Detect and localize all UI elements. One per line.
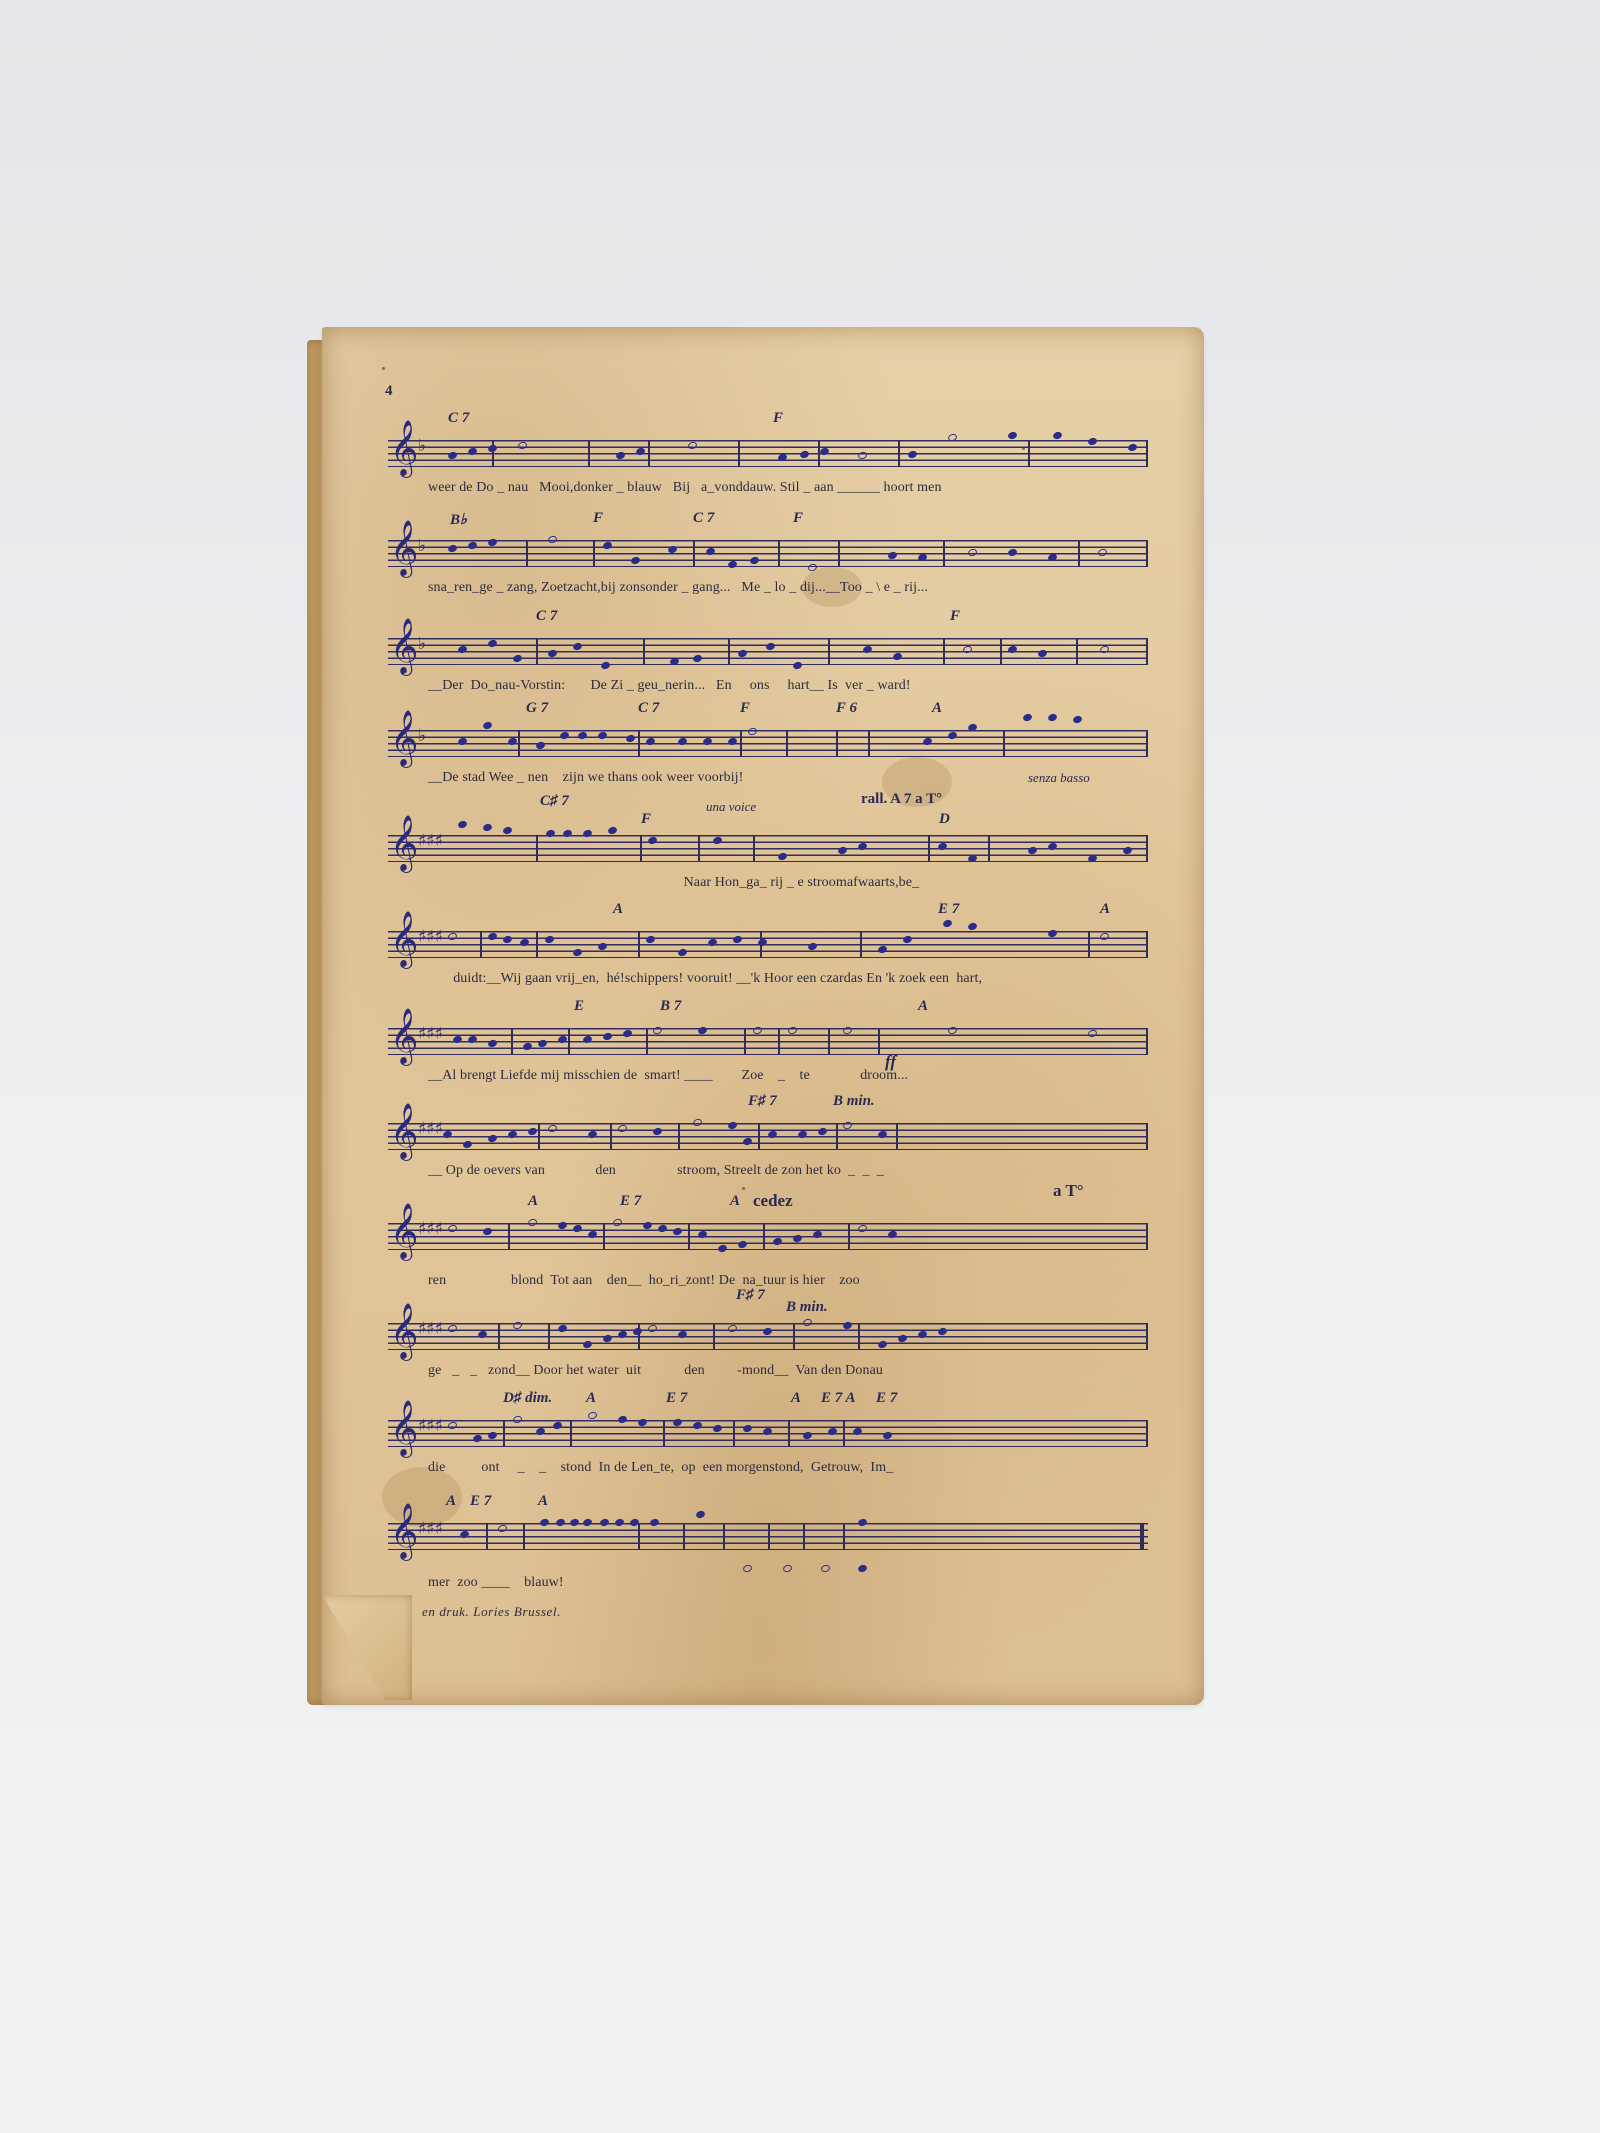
key-signature: ♯♯♯ — [418, 1319, 443, 1339]
printer-credit: en druk. Lories Brussel. — [422, 1604, 561, 1620]
chord-symbol: A — [446, 1493, 456, 1510]
lyrics-line: weer de Do _ nau Mooi,donker _ blauw Bij… — [428, 480, 1148, 496]
chord-symbol: E — [574, 998, 584, 1015]
treble-clef-icon: 𝄞 — [390, 819, 418, 867]
lyrics-line: mer zoo ____ blauw! — [428, 1575, 1148, 1591]
music-system-2: 𝄞 ♭ B♭ F C 7 F sna_ren_ge _ zang, Zoetza… — [388, 502, 1148, 602]
chord-symbol: A — [918, 998, 928, 1015]
chord-symbol: A — [538, 1493, 548, 1510]
treble-clef-icon: 𝄞 — [390, 1507, 418, 1555]
treble-clef-icon: 𝄞 — [390, 714, 418, 762]
tempo-direction: rall. A 7 a T° — [861, 791, 942, 808]
chord-symbol: B min. — [833, 1093, 875, 1110]
chord-symbol: B♭ — [450, 510, 467, 529]
chord-symbol: A — [791, 1390, 801, 1407]
treble-clef-icon: 𝄞 — [390, 1107, 418, 1155]
key-signature: ♭ — [418, 726, 426, 746]
chord-symbol: F♯ 7 — [736, 1287, 765, 1304]
chord-symbol: E 7 — [470, 1493, 491, 1510]
chord-symbol: F — [773, 410, 783, 427]
chord-symbol: E 7 — [620, 1193, 641, 1210]
chord-symbol: C 7 — [693, 510, 714, 527]
performance-direction: una voice — [706, 799, 756, 815]
speck — [382, 367, 385, 370]
tempo-direction: a T° — [1053, 1181, 1084, 1201]
music-system-1: 𝄞 ♭ C 7 F weer de Do _ nau Mooi,donker _… — [388, 402, 1148, 502]
page-number: 4 — [385, 383, 393, 400]
chord-symbol: F 6 — [836, 700, 857, 717]
lyrics-line: __De stad Wee _ nen zijn we thans ook we… — [428, 770, 1148, 786]
music-system-10: 𝄞 ♯♯♯ F♯ 7 B min. ge _ _ zond__ Door het… — [388, 1285, 1148, 1385]
chord-symbol: F — [793, 510, 803, 527]
chord-symbol: F — [950, 608, 960, 625]
music-system-5: 𝄞 ♯♯♯ C♯ 7 F D una voice rall. A 7 a T° … — [388, 797, 1148, 897]
music-system-12: 𝄞 ♯♯♯ A E 7 A mer zoo ____ blauw! — [388, 1485, 1148, 1585]
chord-symbol: G 7 — [526, 700, 548, 717]
chord-symbol: E 7 — [876, 1390, 897, 1407]
treble-clef-icon: 𝄞 — [390, 1207, 418, 1255]
chord-symbol: D — [939, 811, 950, 828]
lyrics-line: sna_ren_ge _ zang, Zoetzacht,bij zonsond… — [428, 580, 1148, 596]
lyrics-line: ge _ _ zond__ Door het water uit den -mo… — [428, 1363, 1148, 1379]
chord-symbol: F♯ 7 — [748, 1093, 777, 1110]
lyrics-line: Naar Hon_ga_ rij _ e stroomafwaarts,be_ — [428, 875, 1148, 891]
staff — [388, 440, 1148, 467]
key-signature: ♯♯♯ — [418, 1519, 443, 1539]
music-system-7: 𝄞 ♯♯♯ E B 7 A ff __Al brengt Liefde mij … — [388, 990, 1148, 1090]
lyrics-line: __ Op de oevers van den stroom, Streelt … — [428, 1163, 1148, 1179]
chord-symbol: C 7 — [536, 608, 557, 625]
key-signature: ♯♯♯ — [418, 1024, 443, 1044]
key-signature: ♯♯♯ — [418, 1119, 443, 1139]
key-signature: ♯♯♯ — [418, 831, 443, 851]
music-system-11: 𝄞 ♯♯♯ D♯ dim. A E 7 A E 7 A E 7 die ont … — [388, 1382, 1148, 1482]
treble-clef-icon: 𝄞 — [390, 1012, 418, 1060]
treble-clef-icon: 𝄞 — [390, 1307, 418, 1355]
chord-symbol: F — [740, 700, 750, 717]
chord-symbol: F — [593, 510, 603, 527]
chord-symbol: C♯ 7 — [540, 793, 569, 810]
chord-symbol: F — [641, 811, 651, 828]
key-signature: ♭ — [418, 436, 426, 456]
chord-symbol: A — [1100, 901, 1110, 918]
chord-symbol: B 7 — [660, 998, 681, 1015]
chord-symbol: A — [586, 1390, 596, 1407]
music-system-4: 𝄞 ♭ G 7 C 7 F F 6 A senza basso __De sta… — [388, 692, 1148, 792]
lyrics-line: die ont _ _ stond In de Len_te, op een m… — [428, 1460, 1148, 1476]
key-signature: ♯♯♯ — [418, 927, 443, 947]
treble-clef-icon: 𝄞 — [390, 915, 418, 963]
chord-symbol: C 7 — [448, 410, 469, 427]
chord-symbol: A — [932, 700, 942, 717]
treble-clef-icon: 𝄞 — [390, 524, 418, 572]
chord-symbol: A — [528, 1193, 538, 1210]
chord-symbol: A — [613, 901, 623, 918]
key-signature: ♭ — [418, 536, 426, 556]
lyrics-line: __Al brengt Liefde mij misschien de smar… — [428, 1068, 1148, 1084]
music-system-9: 𝄞 ♯♯♯ A E 7 A cedez a T° ren blond Tot a… — [388, 1185, 1148, 1285]
chord-symbol: C 7 — [638, 700, 659, 717]
treble-clef-icon: 𝄞 — [390, 622, 418, 670]
lyrics-line: duidt:__Wij gaan vrij_en, hé!schippers! … — [428, 971, 1148, 987]
chord-symbol: E 7 A — [821, 1390, 855, 1407]
chord-symbol: E 7 — [666, 1390, 687, 1407]
music-system-3: 𝄞 ♭ C 7 F __Der Do_nau-Vorstin: De Zi _ … — [388, 600, 1148, 700]
chord-symbol: A — [730, 1193, 740, 1210]
key-signature: ♭ — [418, 634, 426, 654]
music-system-6: 𝄞 ♯♯♯ A E 7 A duidt:__Wij gaan vrij_en, … — [388, 893, 1148, 993]
music-system-8: 𝄞 ♯♯♯ F♯ 7 B min. __ Op de oevers van de… — [388, 1085, 1148, 1185]
tempo-direction: cedez — [753, 1191, 793, 1211]
key-signature: ♯♯♯ — [418, 1416, 443, 1436]
treble-clef-icon: 𝄞 — [390, 1404, 418, 1452]
key-signature: ♯♯♯ — [418, 1219, 443, 1239]
treble-clef-icon: 𝄞 — [390, 424, 418, 472]
chord-symbol: D♯ dim. — [503, 1390, 552, 1407]
chord-symbol: E 7 — [938, 901, 959, 918]
chord-symbol: B min. — [786, 1299, 828, 1316]
